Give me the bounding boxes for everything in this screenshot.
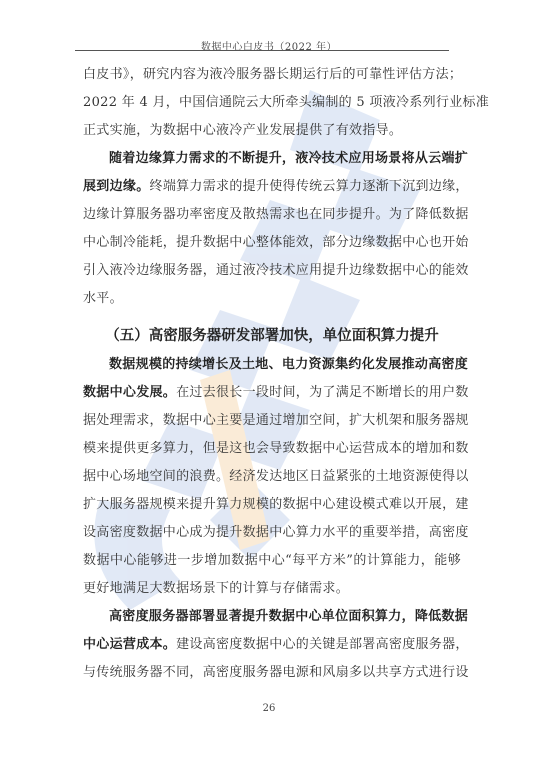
text-line: 模来提供更多算力，但是这也会导致数据中心运营成本的增加和数: [83, 438, 461, 466]
text-line: 白皮书》，研究内容为液冷服务器长期运行后的可靠性评估方法；: [83, 64, 461, 92]
text-line: 据处理需求，数据中心主要是通过增加空间，扩大机架和服务器规: [83, 410, 461, 438]
text-line: 中心运营成本。建设高密度数据中心的关键是部署高密度服务器，: [83, 634, 461, 662]
text-line: 数据中心发展。在过去很长一段时间，为了满足不断增长的用户数: [83, 382, 461, 410]
text-line: 据中心场地空间的浪费。经济发达地区日益紧张的土地资源使得以: [83, 466, 461, 494]
text-line: 边缘计算服务器功率密度及散热需求也在同步提升。为了降低数据: [83, 204, 461, 232]
paragraph-4: 高密度服务器部署显著提升数据中心单位面积算力，降低数据 中心运营成本。建设高密度…: [83, 606, 461, 690]
text-line: 设高密度数据中心成为提升数据中心算力水平的重要举措，高密度: [83, 522, 461, 550]
text-line: 数据中心能够进一步增加数据中心“每平方米”的计算能力，能够: [83, 550, 461, 578]
document-body: 白皮书》，研究内容为液冷服务器长期运行后的可靠性评估方法； 2022 年 4 月…: [83, 64, 461, 690]
text-span: 终端算力需求的提升使得传统云算力逐渐下沉到边缘，: [150, 179, 469, 194]
text-line: 扩大服务器规模来提升算力规模的数据中心建设模式难以开展，建: [83, 494, 461, 522]
text-line: 引入液冷边缘服务器，通过液冷技术应用提升边缘数据中心的能效: [83, 260, 461, 288]
bold-lead-line: 数据规模的持续增长及土地、电力资源集约化发展推动高密度: [83, 354, 461, 382]
page-number: 26: [0, 703, 538, 714]
paragraph-1: 白皮书》，研究内容为液冷服务器长期运行后的可靠性评估方法； 2022 年 4 月…: [83, 64, 461, 148]
bold-lead-line: 高密度服务器部署显著提升数据中心单位面积算力，降低数据: [83, 606, 461, 634]
text-line: 正式实施，为数据中心液冷产业发展提供了有效指导。: [83, 120, 461, 148]
bold-lead-line: 随着边缘算力需求的不断提升，液冷技术应用场景将从云端扩: [83, 148, 461, 176]
text-line: 水平。: [83, 288, 461, 316]
text-line: 与传统服务器不同，高密度服务器电源和风扇多以共享方式进行设: [83, 662, 461, 690]
paragraph-3: 数据规模的持续增长及土地、电力资源集约化发展推动高密度 数据中心发展。在过去很长…: [83, 354, 461, 606]
paragraph-2: 随着边缘算力需求的不断提升，液冷技术应用场景将从云端扩 展到边缘。终端算力需求的…: [83, 148, 461, 316]
text-line: 2022 年 4 月，中国信通院云大所牵头编制的 5 项液冷系列行业标准: [83, 92, 461, 120]
text-span: 在过去很长一段时间，为了满足不断增长的用户数: [176, 385, 469, 400]
bold-lead-text: 中心运营成本。: [83, 637, 176, 652]
text-span: 建设高密度数据中心的关键是部署高密度服务器，: [176, 637, 469, 652]
text-line: 中心制冷能耗，提升数据中心整体能效，部分边缘数据中心也开始: [83, 232, 461, 260]
text-line: 更好地满足大数据场景下的计算与存储需求。: [83, 578, 461, 606]
text-line: 展到边缘。终端算力需求的提升使得传统云算力逐渐下沉到边缘，: [83, 176, 461, 204]
bold-lead-text: 展到边缘。: [83, 179, 150, 194]
section-heading: （五）高密服务器研发部署加快，单位面积算力提升: [83, 318, 461, 354]
bold-lead-text: 数据中心发展。: [83, 385, 176, 400]
header-rule: [75, 50, 449, 51]
